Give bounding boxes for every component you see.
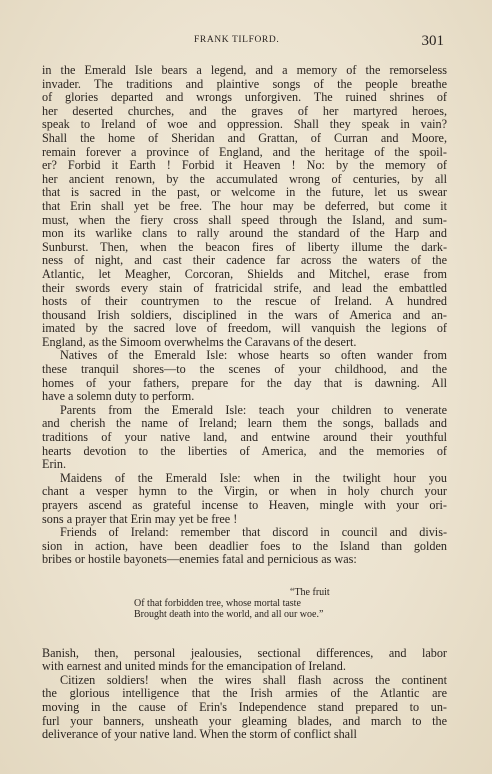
text-line: ness of night, and cast their cadence fa… [42,254,447,268]
text-line: the glorious intelligence that the Irish… [42,687,447,701]
text-line: sons a prayer that Erin may yet be free … [42,513,447,527]
text-line: Banish, then, personal jealousies, secti… [42,647,447,661]
text-line: her ancient renown, by the accumulated w… [42,173,447,187]
running-title: FRANK TILFORD. [194,35,279,45]
text-line: Atlantic, let Meagher, Corcoran, Shields… [42,268,447,282]
text-line: of glories departed and wrongs unforgive… [42,91,447,105]
text-line: must, when the fiery cross shall speed t… [42,214,447,228]
text-line: hearts devotion to the liberties of Amer… [42,445,447,459]
running-head: FRANK TILFORD. 301 [44,33,444,51]
paragraph: Citizen soldiers! when the wires shall f… [42,674,447,742]
paragraphs-after-quote: Banish, then, personal jealousies, secti… [42,647,447,742]
spacer [42,567,447,587]
paragraph: Parents from the Emerald Isle: teach you… [42,404,447,472]
text-line: remain forever a province of England, an… [42,146,447,160]
text-line: furl your banners, unsheath your gleamin… [42,715,447,729]
text-line: in the Emerald Isle bears a legend, and … [42,64,447,78]
quote-line: Brought death into the world, and all ou… [134,609,414,620]
text-line: with earnest and united minds for the em… [42,660,447,674]
text-line: her deserted churches, and the graves of… [42,105,447,119]
text-line: homes of your fathers, prepare for the d… [42,377,447,391]
text-line: Parents from the Emerald Isle: teach you… [42,404,447,418]
text-line: Natives of the Emerald Isle: whose heart… [42,349,447,363]
text-line: thousand Irish soldiers, disciplined in … [42,309,447,323]
block-quote: “The fruit Of that forbidden tree, whose… [134,587,414,621]
spacer [42,621,447,647]
text-line: that Erin shall yet be free. The hour ma… [42,200,447,214]
text-line: traditions of your native land, and entw… [42,431,447,445]
paragraph: Friends of Ireland: remember that discor… [42,526,447,567]
body-text: in the Emerald Isle bears a legend, and … [42,64,447,742]
text-line: mon its warlike clans to rally around th… [42,227,447,241]
text-line: prayers ascend as grateful incense to He… [42,499,447,513]
text-line: have a solemn duty to perform. [42,390,447,404]
text-line: their swords every stain of fratricidal … [42,282,447,296]
text-line: speak to Ireland of woe and oppression. … [42,118,447,132]
paragraph: Banish, then, personal jealousies, secti… [42,647,447,674]
paragraph: Natives of the Emerald Isle: whose heart… [42,349,447,403]
text-line: invader. The traditions and plaintive so… [42,78,447,92]
text-line: deliverance of your native land. When th… [42,728,447,742]
paragraph: in the Emerald Isle bears a legend, and … [42,64,447,349]
text-line: chant a vesper hymn to the Virgin, or wh… [42,485,447,499]
text-line: moving in the cause of Erin's Independen… [42,701,447,715]
text-line: hosts of their countrymen to the rescue … [42,295,447,309]
text-line: England, as the Simoom overwhelms the Ca… [42,336,447,350]
text-line: Sunburst. Then, when the beacon fires of… [42,241,447,255]
text-line: and cherish the name of Ireland; learn t… [42,417,447,431]
book-page: FRANK TILFORD. 301 in the Emerald Isle b… [0,0,492,774]
text-line: imated by the sacred love of freedom, wi… [42,322,447,336]
text-line: Citizen soldiers! when the wires shall f… [42,674,447,688]
text-line: er? Forbid it Earth ! Forbid it Heaven !… [42,159,447,173]
text-line: Maidens of the Emerald Isle: when in the… [42,472,447,486]
paragraphs-before-quote: in the Emerald Isle bears a legend, and … [42,64,447,567]
text-line: that is sacred in the past, or welcome i… [42,186,447,200]
text-line: bribes or hostile bayonets—enemies fatal… [42,553,447,567]
text-line: Shall the home of Sheridan and Grattan, … [42,132,447,146]
quote-line: Of that forbidden tree, whose mortal tas… [134,598,414,609]
page-number: 301 [422,33,445,50]
text-line: these tranquil shores—to the scenes of y… [42,363,447,377]
text-line: Erin. [42,458,447,472]
paragraph: Maidens of the Emerald Isle: when in the… [42,472,447,526]
text-line: Friends of Ireland: remember that discor… [42,526,447,540]
text-line: sion in action, have been deadlier foes … [42,540,447,554]
quote-line: “The fruit [134,587,414,598]
